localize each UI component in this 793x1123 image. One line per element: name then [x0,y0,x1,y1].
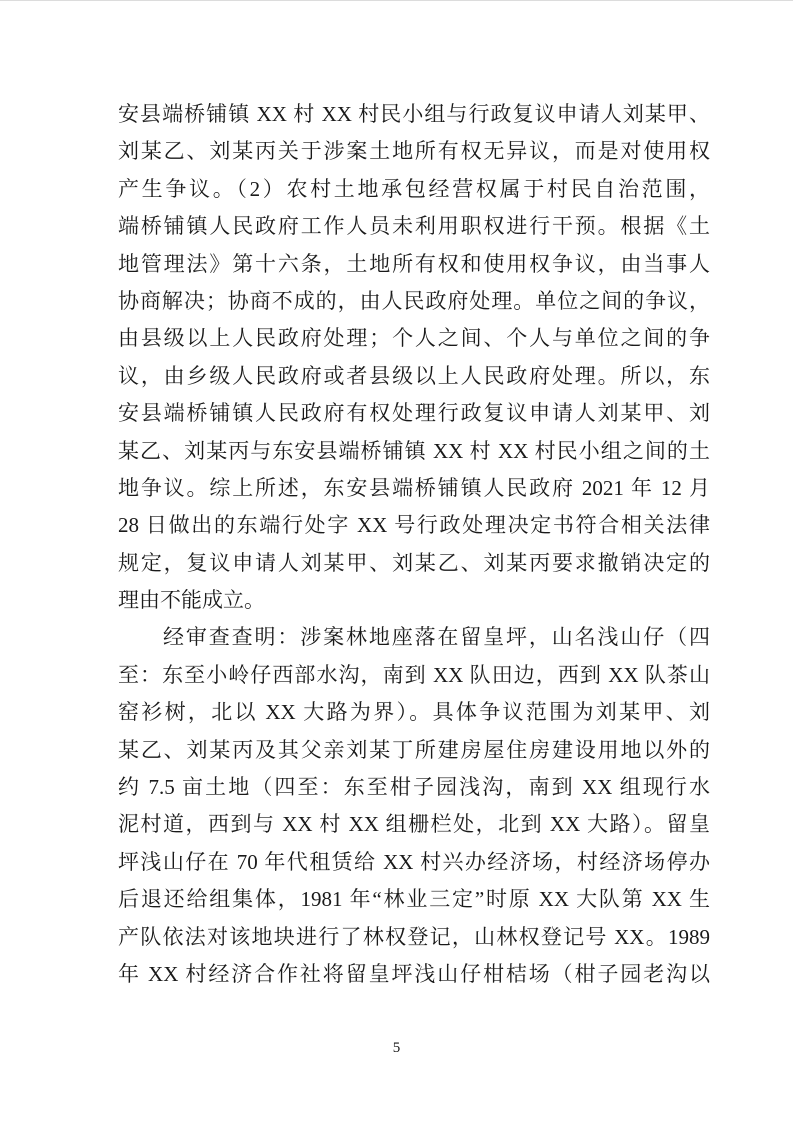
text-line: 年 XX 村经济合作社将留皇坪浅山仔柑桔场（柑子园老沟以 [118,956,710,993]
text-line: 产生争议。（2）农村土地承包经营权属于村民自治范围， [118,171,710,208]
page-number: 5 [0,1039,793,1057]
text-line: 地管理法》第十六条，土地所有权和使用权争议，由当事人 [118,246,710,283]
text-line: 某乙、刘某丙及其父亲刘某丁所建房屋住房建设用地以外的 [118,732,710,769]
text-line: 协商解决；协商不成的，由人民政府处理。单位之间的争议， [118,283,710,320]
text-line: 地争议。综上所述，东安县端桥铺镇人民政府 2021 年 12 月 [118,470,710,507]
text-line: 约 7.5 亩土地（四至：东至柑子园浅沟，南到 XX 组现行水 [118,769,710,806]
document-body: 安县端桥铺镇 XX 村 XX 村民小组与行政复议申请人刘某甲、刘某乙、刘某丙关于… [118,96,710,993]
text-line: 泥村道，西到与 XX 村 XX 组栅栏处，北到 XX 大路）。留皇 [118,806,710,843]
text-line: 安县端桥铺镇 XX 村 XX 村民小组与行政复议申请人刘某甲、 [118,96,710,133]
text-line: 某乙、刘某丙与东安县端桥铺镇 XX 村 XX 村民小组之间的土 [118,433,710,470]
text-line: 刘某乙、刘某丙关于涉案土地所有权无异议，而是对使用权 [118,133,710,170]
text-line: 后退还给组集体，1981 年“林业三定”时原 XX 大队第 XX 生 [118,881,710,918]
text-line: 端桥铺镇人民政府工作人员未利用职权进行干预。根据《土 [118,208,710,245]
text-line: 至：东至小岭仔西部水沟，南到 XX 队田边，西到 XX 队茶山 [118,657,710,694]
document-page: 安县端桥铺镇 XX 村 XX 村民小组与行政复议申请人刘某甲、刘某乙、刘某丙关于… [0,0,793,1123]
text-line: 经审查查明：涉案林地座落在留皇坪，山名浅山仔（四 [118,619,710,656]
text-line: 28 日做出的东端行处字 XX 号行政处理决定书符合相关法律 [118,507,710,544]
text-line: 窑衫树，北以 XX 大路为界）。具体争议范围为刘某甲、刘 [118,694,710,731]
text-line: 理由不能成立。 [118,582,710,619]
text-line: 安县端桥铺镇人民政府有权处理行政复议申请人刘某甲、刘 [118,395,710,432]
text-line: 议，由乡级人民政府或者县级以上人民政府处理。所以，东 [118,358,710,395]
text-line: 产队依法对该地块进行了林权登记，山林权登记号 XX。1989 [118,919,710,956]
text-line: 坪浅山仔在 70 年代租赁给 XX 村兴办经济场，村经济场停办 [118,844,710,881]
text-line: 规定，复议申请人刘某甲、刘某乙、刘某丙要求撤销决定的 [118,545,710,582]
text-line: 由县级以上人民政府处理；个人之间、个人与单位之间的争 [118,320,710,357]
